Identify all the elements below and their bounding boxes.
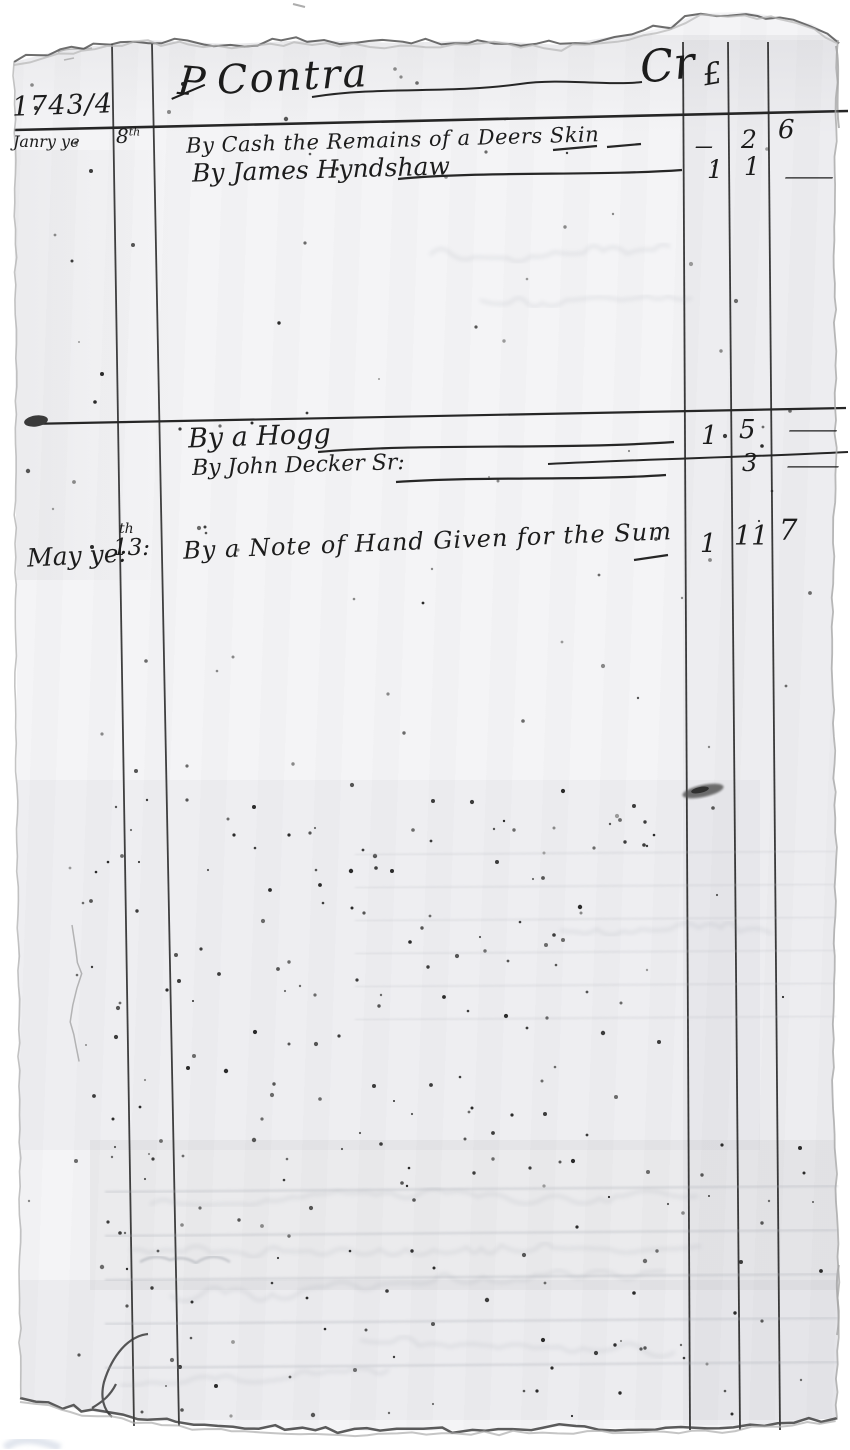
page-decoration	[0, 0, 850, 1450]
ledger-page-scan: 1743/4 PContra Cr £ Janry ye 8th By Cash…	[0, 0, 850, 1450]
pence-column-rule	[768, 42, 780, 1430]
generated-decor	[355, 950, 836, 954]
generated-decor	[480, 296, 692, 307]
pounds-column-rule	[683, 42, 690, 1430]
entry-description: By a Hogg	[188, 421, 332, 453]
amount-pounds: 1	[707, 157, 723, 182]
amount-shillings: 1	[744, 154, 760, 179]
generated-decor	[355, 851, 836, 855]
generated-decor	[120, 1368, 389, 1385]
year-label: 1743/4	[12, 90, 114, 121]
amount-shillings: 5	[739, 417, 756, 443]
amount-pounds: 1	[701, 423, 718, 449]
shillings-column-rule	[728, 42, 740, 1430]
entry-dash	[396, 475, 666, 482]
generated-decor	[105, 1186, 838, 1192]
ink-blob	[23, 414, 48, 428]
generated-decor	[355, 983, 836, 987]
generated-decor	[560, 922, 772, 935]
entry-date-day: 13:th	[113, 537, 150, 560]
amount-pence: 6	[778, 117, 795, 143]
generated-decor	[130, 1243, 701, 1257]
entry-date-day: 8th	[116, 126, 140, 146]
generated-decor	[355, 884, 836, 888]
stray-mark	[293, 4, 305, 7]
column-rule	[152, 44, 179, 1426]
generated-decor	[70, 925, 82, 1062]
generated-decor	[105, 1362, 838, 1368]
generated-decor	[14, 14, 839, 62]
entry-date-month: Janry ye	[13, 134, 80, 150]
credit-mark: Cr	[638, 41, 697, 90]
generated-decor	[355, 917, 836, 921]
amount-shillings: 3	[742, 451, 757, 475]
generated-decor	[105, 1274, 838, 1280]
contra-title: Contra	[216, 50, 370, 104]
per-mark: P	[176, 61, 208, 103]
amount-shillings: 11	[734, 523, 768, 550]
generated-decor	[20, 1398, 837, 1433]
amount-pounds: 1	[700, 531, 717, 557]
generated-decor	[140, 1257, 230, 1263]
pen-flourish-mark	[92, 1334, 148, 1417]
column-rule	[112, 44, 134, 1426]
generated-decor	[105, 1318, 838, 1324]
generated-decor	[13, 62, 21, 1398]
entry-description: By John Decker Sr:	[192, 452, 405, 480]
generated-decor	[105, 1230, 838, 1236]
page-heading: PContra	[177, 53, 369, 103]
scan-shadow	[5, 1440, 60, 1448]
generated-decor	[832, 40, 840, 1418]
generated-decor	[430, 245, 670, 262]
generated-decor	[355, 1016, 836, 1020]
amount-pence: —	[787, 419, 839, 439]
amount-pence: 7	[779, 516, 797, 545]
amount-shillings: 2	[741, 127, 757, 152]
amount-pence: —	[785, 455, 841, 475]
entry-description: By James Hyndshaw	[192, 153, 451, 185]
section-rule	[26, 408, 846, 424]
entry-dash	[634, 555, 668, 560]
generated-decor	[360, 1337, 675, 1357]
amount-pence: —	[783, 166, 835, 186]
